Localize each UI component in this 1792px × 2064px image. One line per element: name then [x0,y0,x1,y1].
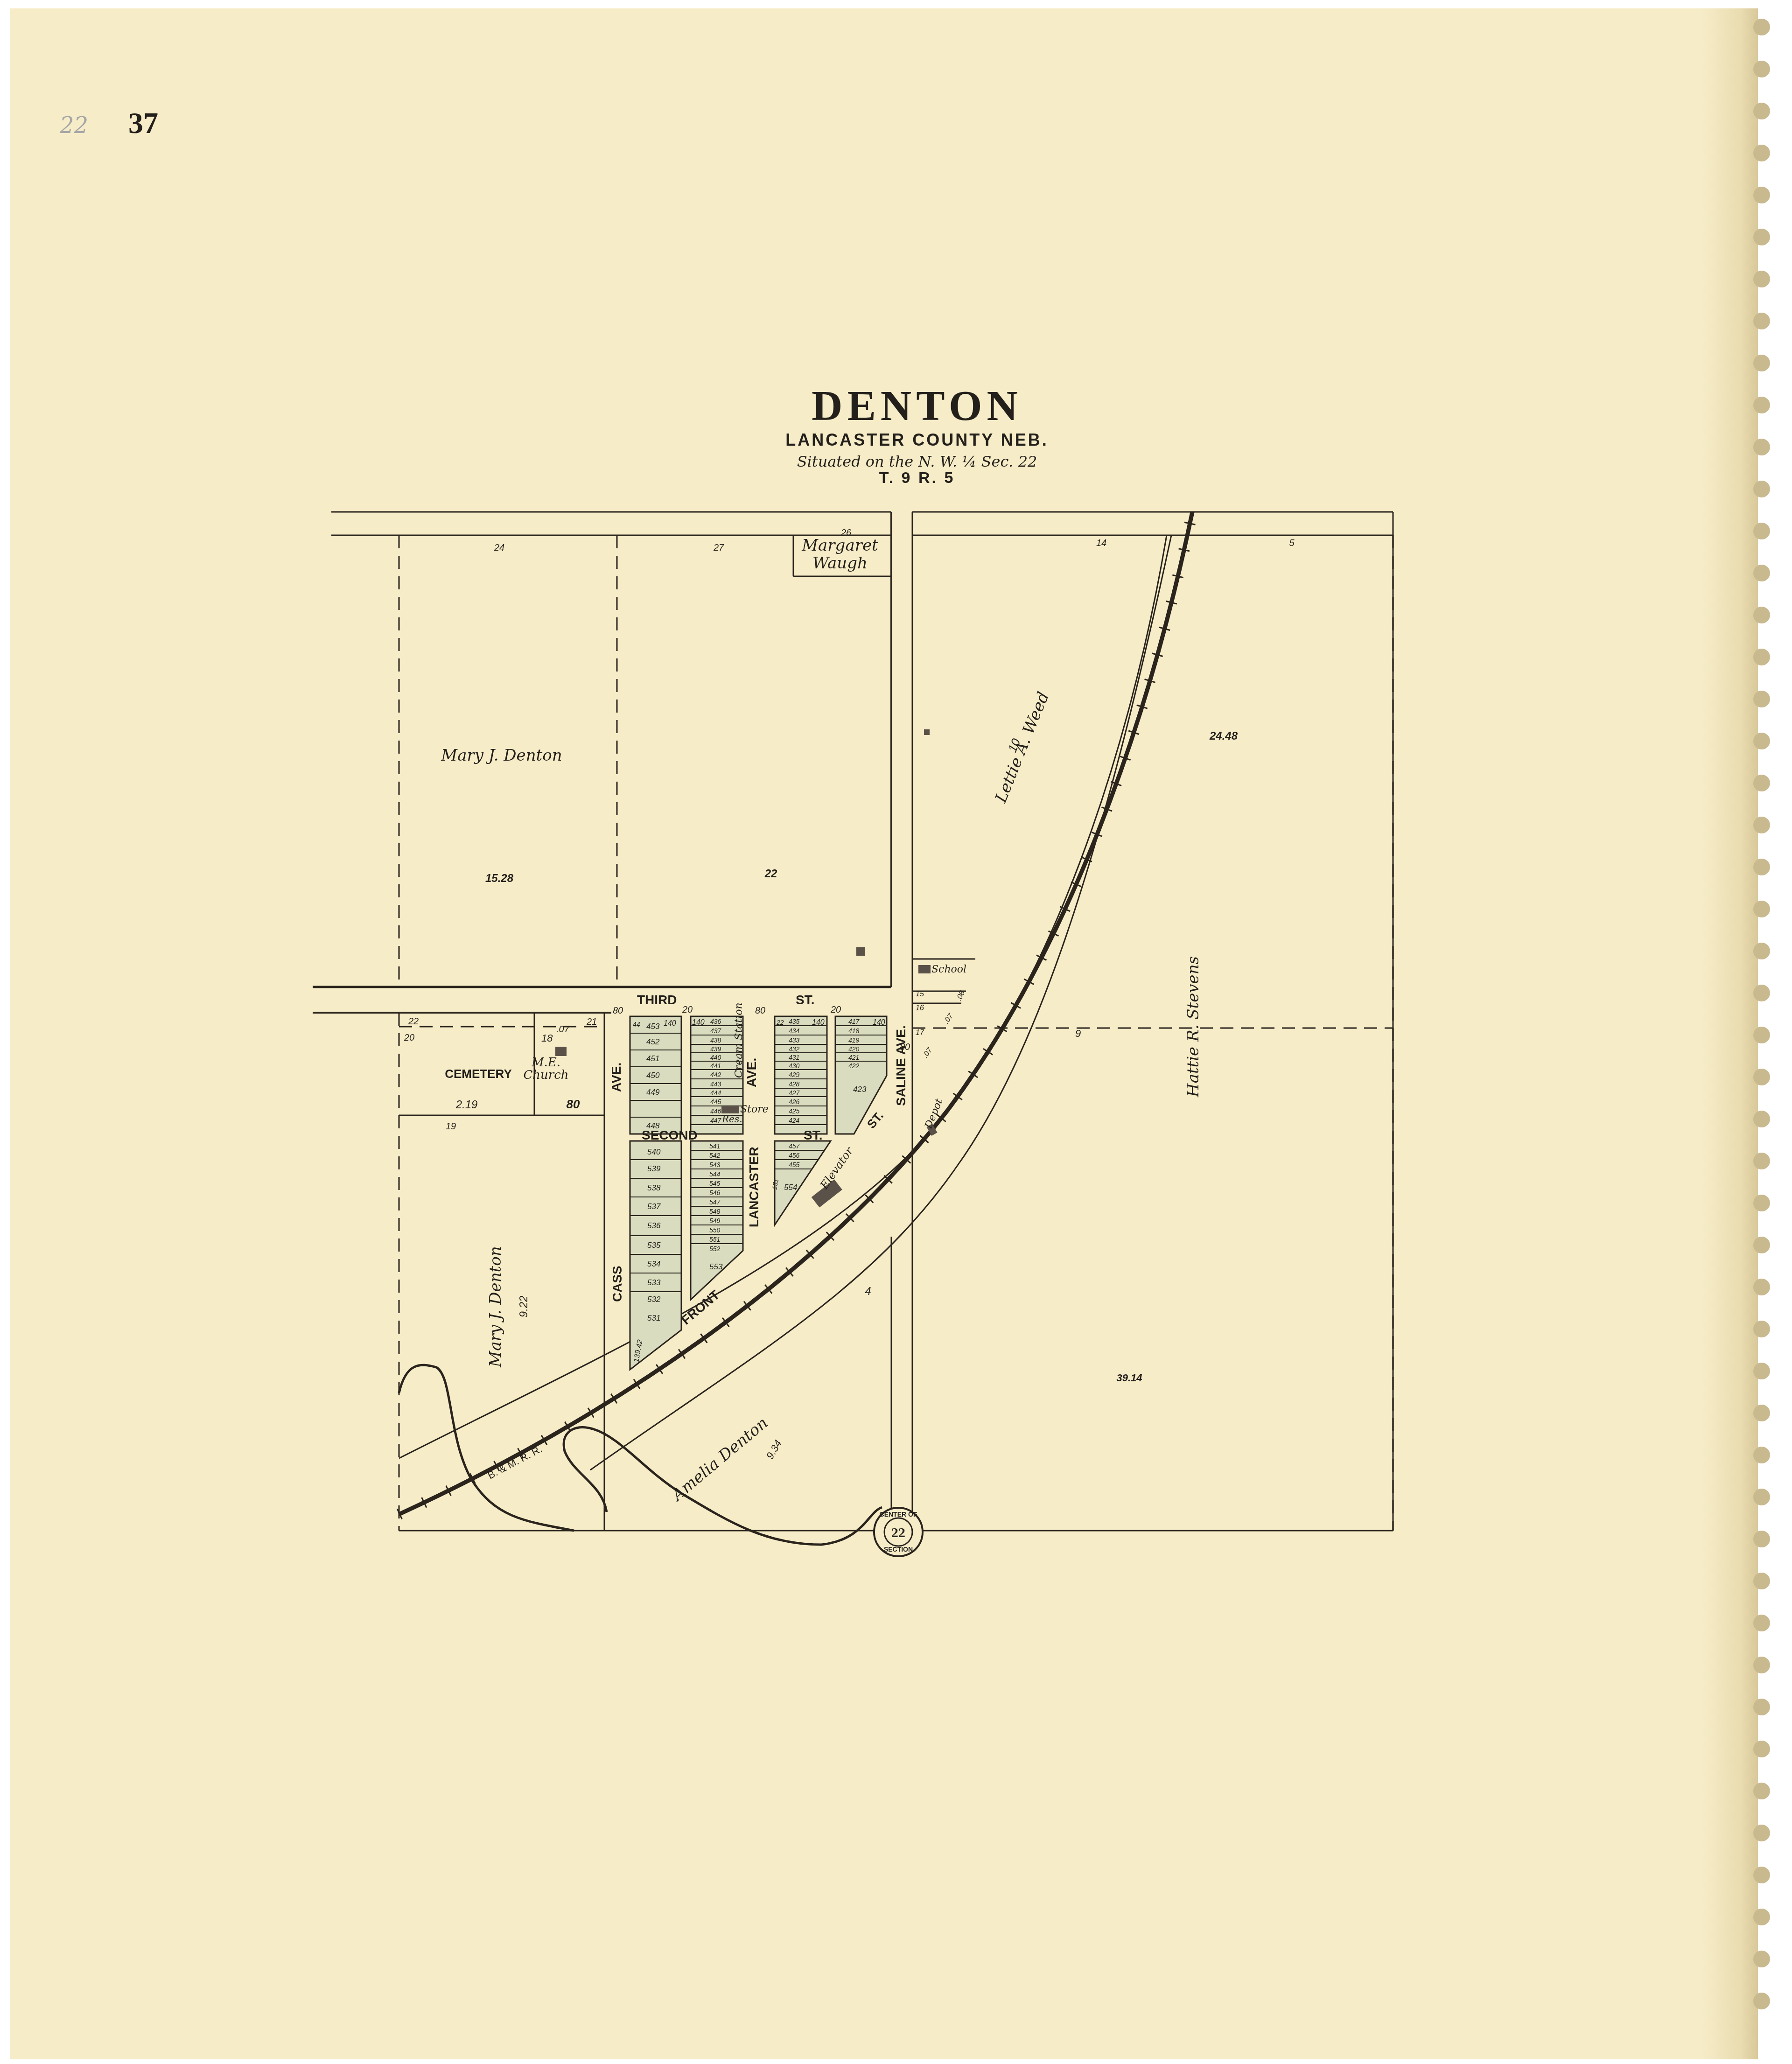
lot-number: 534 [647,1259,660,1268]
owner-name-lettie-weed: Lettie A. Weed [991,689,1053,806]
lot-number: 429 [789,1071,800,1078]
section-marker-bottom: SECTION [884,1546,913,1553]
lot-number: 543 [709,1161,721,1168]
weed-building-icon [924,729,930,735]
lot-number: 554 [784,1183,797,1192]
lot-number: 17 [916,1029,924,1037]
acreage: 39.14 [1116,1372,1142,1384]
alley-width: 20 [830,1005,841,1015]
residence-label: Res. [721,1113,742,1125]
lot-number: 439 [710,1045,721,1053]
parcel-number: 21 [586,1017,597,1027]
cream-station-label: Cream Station [733,1002,745,1078]
parcel-number: 5 [1289,538,1295,548]
lot-number: 545 [709,1180,721,1187]
lot-number: 447 [710,1117,722,1124]
lot-number: 18 [541,1032,553,1044]
lot-number: 425 [789,1107,800,1115]
owner-name-hattie-stevens: Hattie R. Stevens [1184,956,1203,1098]
parcel-number: 20 [404,1033,414,1043]
church-label: M.E. [531,1056,560,1070]
street-saline: SALINE AVE. [894,1025,908,1106]
school-label: School [931,964,966,975]
street-lancaster: AVE. [744,1058,759,1087]
street-third: THIRD [637,993,677,1007]
lot-number: 440 [710,1054,721,1061]
street-third: ST. [796,993,814,1007]
farm-building-icon [856,947,865,956]
owner-name-amelia-denton: Amelia Denton [667,1413,771,1505]
lot-number: 443 [710,1080,721,1088]
pencil-note: 22 [59,112,88,139]
lot-number: 444 [710,1089,721,1097]
lot-number: 433 [789,1036,800,1044]
lot-number: 457 [789,1142,800,1150]
lot-width: 44 [633,1021,640,1028]
lot-number: 446 [710,1107,721,1115]
lot-number: 450 [646,1071,660,1080]
street-cass: AVE. [609,1063,623,1092]
cemetery-label: CEMETERY [445,1067,512,1081]
acreage: .07 [556,1024,570,1035]
lot-number: 432 [789,1045,800,1053]
street-second: ST. [804,1128,822,1142]
parcel-number: 19 [446,1121,456,1132]
lot-number: 423 [853,1085,867,1094]
lot-number: 539 [647,1164,661,1173]
lot-number: 548 [709,1208,721,1215]
lot-number: 15 [916,990,924,998]
store-label: Store [740,1104,769,1115]
lot-number: 456 [789,1152,800,1159]
lot-number: 551 [709,1236,720,1243]
owner-name-mary-denton-south: Mary J. Denton [486,1246,505,1367]
lot-number: 553 [709,1262,723,1271]
lot-number: 546 [709,1189,721,1196]
acreage: 15.28 [485,872,514,885]
lot-number: 451 [646,1054,659,1063]
lot-number: 533 [647,1278,661,1287]
lot-number: 550 [709,1226,721,1234]
lot-number: 547 [709,1198,721,1206]
lot-number: 540 [647,1147,661,1156]
acreage: 9.22 [518,1296,530,1318]
building-symbols [555,729,938,1207]
lot-depth: 140 [812,1019,825,1027]
lot-number: 536 [647,1221,661,1230]
lot-number: 426 [789,1098,800,1105]
school-building-icon [918,965,931,973]
binding-holes [1753,19,1770,2009]
town-title: DENTON [812,382,1022,429]
situated-note: Situated on the N. W. ¼ Sec. 22 [797,453,1037,470]
lot-number: 419 [848,1036,860,1044]
lot-number: 437 [710,1027,722,1035]
acreage: 24.48 [1209,730,1238,742]
lot-number: 544 [709,1170,721,1178]
block-c-lot-numbers: 435 434 433 432 431 430 429 428 427 426 … [789,1018,800,1124]
lot-number: 16 [916,1004,924,1012]
lot-number: 448 [646,1121,660,1130]
street-front: FRONT [679,1287,722,1328]
street-width: 80 [755,1006,765,1016]
lot-number: 434 [789,1027,800,1035]
school-lot-labels: 15 16 17 .08 .07 .07 [916,989,966,1059]
lot-number: 435 [789,1018,800,1025]
parcel-number: 14 [1096,538,1106,548]
lot-number: 535 [647,1241,661,1250]
street-width: 80 [613,1006,623,1016]
acreage: 2.19 [455,1098,478,1111]
church-building-icon [555,1047,567,1056]
lot-number: 421 [848,1054,859,1061]
street-lancaster: LANCASTER [747,1147,761,1227]
acreage: 9.34 [764,1438,784,1461]
lot-number: 431 [789,1054,799,1061]
lot-number: 455 [789,1161,800,1168]
lot-number: 453 [646,1022,660,1031]
lot-number: 428 [789,1080,800,1088]
lot-number: 438 [710,1036,721,1044]
township-range: T. 9 R. 5 [879,469,955,487]
street-elevator: ST. [864,1109,886,1131]
railroad-right-of-way [399,535,1171,1470]
street-cass: CASS [610,1266,624,1302]
street-width: 80 [900,1042,910,1052]
parcel-number: 24 [494,543,504,553]
section-marker-top: CENTER OF [880,1511,917,1518]
lot-number: 445 [710,1098,721,1105]
lot-number: 537 [647,1202,661,1211]
county-subtitle: LANCASTER COUNTY NEB. [785,430,1048,449]
alley-width: 20 [682,1005,693,1015]
lot-width: 22 [776,1019,784,1026]
lot-number: 452 [646,1037,660,1046]
acreage: 22 [764,868,777,880]
lot-number: 449 [646,1088,660,1097]
page-number: 37 [128,106,158,140]
lot-number: 424 [789,1117,800,1124]
lot-number: 436 [710,1018,721,1025]
lot-number: 549 [709,1217,721,1224]
lot-number: 418 [848,1027,860,1035]
lot-number: 542 [709,1152,721,1159]
block-b-lot-numbers: 436 437 438 439 440 441 442 443 444 445 … [710,1018,722,1124]
acreage: .07 [942,1012,955,1025]
depot-label: Depot [923,1097,945,1131]
acreage: .07 [921,1046,934,1059]
lot-number: 538 [647,1183,661,1192]
lot-number: 541 [709,1142,720,1150]
lot-number: 552 [709,1245,721,1252]
lot-number: 441 [710,1062,721,1070]
lot-number: 442 [710,1071,721,1078]
store-building-icon [721,1106,739,1113]
parcel-number: 22 [408,1016,419,1027]
lot-number: 420 [848,1045,860,1053]
lot-number: 430 [789,1062,800,1070]
lot-depth: 140 [692,1019,705,1027]
owner-name-mary-denton-north: Mary J. Denton [441,746,562,765]
parcel-number: 9 [1075,1028,1081,1039]
denton-plat-map: 22 37 DENTON LANCASTER COUNTY NEB. Situa… [0,0,1792,2064]
lot-number: 531 [647,1314,660,1322]
lot-number: 427 [789,1089,800,1097]
lot-number: 417 [848,1018,860,1025]
center-of-section-marker: CENTER OF 22 SECTION [874,1508,923,1556]
acreage: 80 [567,1097,580,1111]
parcel-number: 4 [865,1285,871,1298]
section-marker-number: 22 [891,1525,905,1540]
lot-number: 422 [848,1062,860,1070]
lot-depth: 140 [873,1019,885,1027]
owner-name-margaret: Margaret [801,536,878,555]
church-label: Church [523,1068,568,1082]
parcel-number: 27 [713,543,724,553]
lot-depth: 140 [664,1020,676,1028]
owner-name-waugh: Waugh [812,554,868,573]
lot-number: 532 [647,1295,661,1304]
